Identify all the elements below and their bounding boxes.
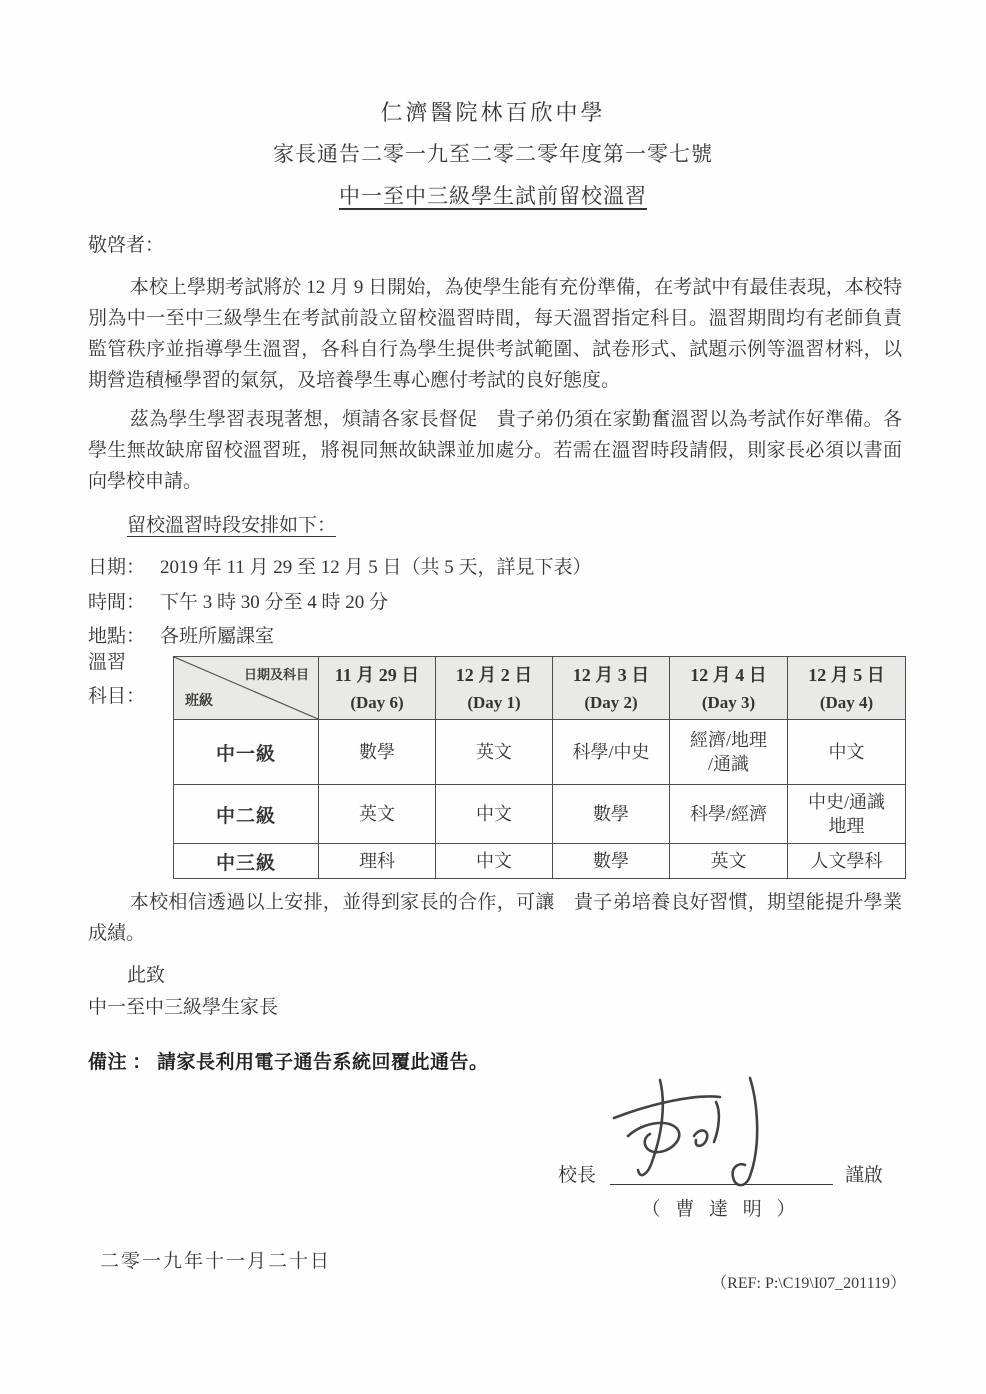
grade-form1: 中一級 <box>174 720 319 785</box>
corner-label-date-subject: 日期及科目 <box>244 664 309 683</box>
paragraph-parent-reminder: 茲為學生學習表現著想，煩請各家長督促 貴子弟仍須在家勤奮溫習以為考試作好準備。各… <box>88 404 902 497</box>
table-row-form2: 中二級 英文 中文 數學 科學/經濟 中史/通識 地理 <box>174 785 906 844</box>
revision-subjects-label: 溫習 科目： <box>88 646 145 714</box>
revision-schedule-table: 日期及科目 班級 11 月 29 日 (Day 6) 12 月 2 日 (Day… <box>173 656 906 879</box>
table-row-form1: 中一級 數學 英文 科學/中史 經濟/地理 /通識 中文 <box>174 720 906 785</box>
school-name: 仁濟醫院林百欣中學 <box>0 96 986 127</box>
notice-number-line: 家長通告二零一九至二零二零年度第一零七號 <box>0 138 986 168</box>
subject-cell: 人文學科 <box>788 844 906 879</box>
notice-subject: 中一至中三級學生試前留校溫習 <box>0 180 986 210</box>
subject-cell: 中史/通識 地理 <box>788 785 906 844</box>
principal-title-label: 校長 <box>558 1160 596 1187</box>
column-header-dec5: 12 月 5 日 (Day 4) <box>788 657 906 720</box>
subject-cell: 科學/中史 <box>553 720 670 785</box>
remark-line: 備注 ： 請家長利用電子通告系統回覆此通告。 <box>88 1047 489 1074</box>
subject-cell: 理科 <box>319 844 436 879</box>
column-header-dec3: 12 月 3 日 (Day 2) <box>553 657 670 720</box>
detail-date-value: 2019 年 11 月 29 至 12 月 5 日（共 5 天，詳見下表） <box>160 557 592 578</box>
detail-time-label: 時間： <box>88 587 160 614</box>
subject-cell: 數學 <box>553 844 670 879</box>
signature-line <box>610 1150 833 1185</box>
subject-cell: 中文 <box>436 844 553 879</box>
grade-form3: 中三級 <box>174 844 319 879</box>
subject-cell: 中文 <box>788 720 906 785</box>
table-corner-cell: 日期及科目 班級 <box>174 657 319 720</box>
respectfully-label: 謹啟 <box>845 1160 883 1187</box>
title-block: 仁濟醫院林百欣中學 家長通告二零一九至二零二零年度第一零七號 中一至中三級學生試… <box>0 96 986 210</box>
detail-date-label: 日期： <box>88 552 160 579</box>
table-row-form3: 中三級 理科 中文 數學 英文 人文學科 <box>174 844 906 879</box>
grade-form2: 中二級 <box>174 785 319 844</box>
column-header-dec2: 12 月 2 日 (Day 1) <box>436 657 553 720</box>
detail-time: 時間：下午 3 時 30 分至 4 時 20 分 <box>88 587 388 614</box>
detail-venue-label: 地點： <box>88 621 160 648</box>
paragraph-exam-intro: 本校上學期考試將於 12 月 9 日開始，為使學生能有充份準備，在考試中有最佳表… <box>88 272 902 396</box>
principal-name: （ 曹 達 明 ） <box>606 1194 836 1221</box>
revision-label-line2: 科目： <box>88 680 145 714</box>
issue-date: 二零一九年十一月二十日 <box>100 1246 331 1273</box>
subject-cell: 英文 <box>319 785 436 844</box>
cc-salute: 此致 <box>127 960 165 987</box>
subject-cell: 經濟/地理 /通識 <box>670 720 788 785</box>
reference-number: （REF: P:\C19\I07_201119） <box>711 1270 906 1293</box>
column-header-nov29: 11 月 29 日 (Day 6) <box>319 657 436 720</box>
detail-time-value: 下午 3 時 30 分至 4 時 20 分 <box>160 592 388 613</box>
column-header-dec4: 12 月 4 日 (Day 3) <box>670 657 788 720</box>
subject-cell: 數學 <box>553 785 670 844</box>
notice-page: 仁濟醫院林百欣中學 家長通告二零一九至二零二零年度第一零七號 中一至中三級學生試… <box>0 0 986 1394</box>
corner-label-grade: 班級 <box>185 690 213 710</box>
revision-schedule-table-wrap: 日期及科目 班級 11 月 29 日 (Day 6) 12 月 2 日 (Day… <box>173 656 906 879</box>
detail-date: 日期：2019 年 11 月 29 至 12 月 5 日（共 5 天，詳見下表） <box>88 552 592 579</box>
schedule-heading: 留校溫習時段安排如下： <box>127 510 336 537</box>
paragraph-closing: 本校相信透過以上安排，並得到家長的合作，可讓 貴子弟培養良好習慣，期望能提升學業… <box>88 887 902 949</box>
subject-cell: 科學/經濟 <box>670 785 788 844</box>
subject-cell: 英文 <box>670 844 788 879</box>
detail-venue: 地點：各班所屬課室 <box>88 621 274 648</box>
subject-cell: 中文 <box>436 785 553 844</box>
detail-venue-value: 各班所屬課室 <box>160 626 274 647</box>
revision-label-line1: 溫習 <box>88 646 145 680</box>
subject-cell: 英文 <box>436 720 553 785</box>
subject-cell: 數學 <box>319 720 436 785</box>
cc-recipients: 中一至中三級學生家長 <box>88 992 278 1019</box>
salutation: 敬啓者： <box>88 230 164 257</box>
table-header-row: 日期及科目 班級 11 月 29 日 (Day 6) 12 月 2 日 (Day… <box>174 657 906 720</box>
